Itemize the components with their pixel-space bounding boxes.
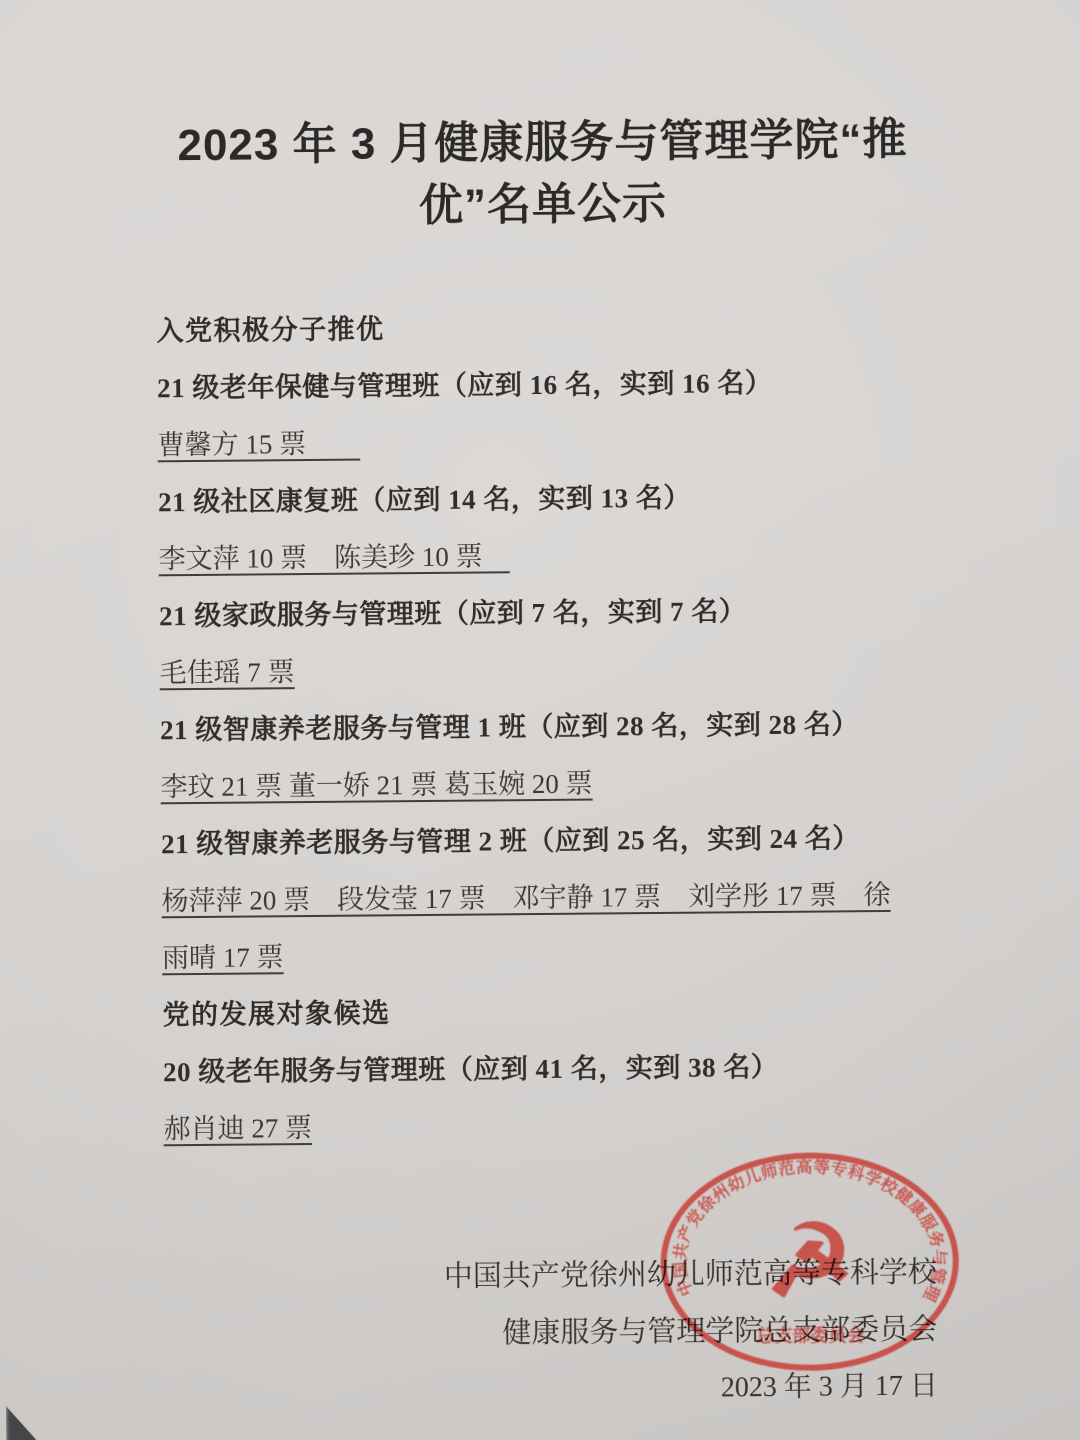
votes-line: 李玟 21 票 董一娇 21 票 葛玉婉 20 票 <box>160 762 980 805</box>
page-title-line-2: 优”名单公示 <box>155 171 931 240</box>
hammer-sickle-icon: ☭ <box>764 1202 855 1320</box>
class-line: 20 级老年服务与管理班（应到 41 名，实到 38 名） <box>163 1047 983 1090</box>
section-heading-activists: 入党积极分子推优 <box>156 306 976 349</box>
page-title-line-1: 2023 年 3 月健康服务与管理学院“推 <box>155 109 931 178</box>
page-title: 2023 年 3 月健康服务与管理学院“推 优”名单公示 <box>0 0 1076 241</box>
votes-line-continued: 雨晴 17 票 <box>162 933 982 976</box>
section-heading-development-candidates: 党的发展对象候选 <box>162 990 982 1033</box>
votes-text: 郝肖迪 27 票 <box>163 1113 312 1144</box>
votes-text: 曹馨方 15 票 <box>157 429 360 461</box>
class-line: 21 级智康养老服务与管理 2 班（应到 25 名，实到 24 名） <box>161 819 981 862</box>
class-line: 21 级老年保健与管理班（应到 16 名，实到 16 名） <box>157 363 977 406</box>
votes-line: 杨萍萍 20 票 段发莹 17 票 邓宇静 17 票 刘学彤 17 票 徐 <box>161 876 981 919</box>
photo-background: 2023 年 3 月健康服务与管理学院“推 优”名单公示 入党积极分子推优 21… <box>0 0 1080 1440</box>
votes-text: 雨晴 17 票 <box>162 942 284 973</box>
photo-corner-shadow <box>6 1402 40 1440</box>
votes-line: 李文萍 10 票 陈美珍 10 票 <box>158 534 978 577</box>
seal-bottom-text: 总支部委员会 <box>756 1324 864 1346</box>
official-seal: 中国共产党徐州幼儿师范高等专科学校健康服务与管理学院 ☭ 总支部委员会 <box>649 1142 971 1385</box>
class-line: 21 级智康养老服务与管理 1 班（应到 28 名，实到 28 名） <box>160 705 980 748</box>
class-line: 21 级家政服务与管理班（应到 7 名，实到 7 名） <box>159 591 979 634</box>
document-page: 2023 年 3 月健康服务与管理学院“推 优”名单公示 入党积极分子推优 21… <box>0 0 1080 1440</box>
votes-line: 曹馨方 15 票 <box>157 420 977 463</box>
class-line: 21 级社区康复班（应到 14 名，实到 13 名） <box>158 477 978 520</box>
votes-line: 毛佳瑶 7 票 <box>159 648 979 691</box>
votes-line: 郝肖迪 27 票 <box>163 1104 983 1147</box>
notice-body: 入党积极分子推优 21 级老年保健与管理班（应到 16 名，实到 16 名） 曹… <box>0 305 1080 1148</box>
votes-text: 李玟 21 票 董一娇 21 票 葛玉婉 20 票 <box>160 769 592 803</box>
votes-text: 毛佳瑶 7 票 <box>159 657 294 688</box>
votes-text: 杨萍萍 20 票 段发莹 17 票 邓宇静 17 票 刘学彤 17 票 徐 <box>161 880 890 916</box>
votes-text: 李文萍 10 票 陈美珍 10 票 <box>158 541 509 574</box>
